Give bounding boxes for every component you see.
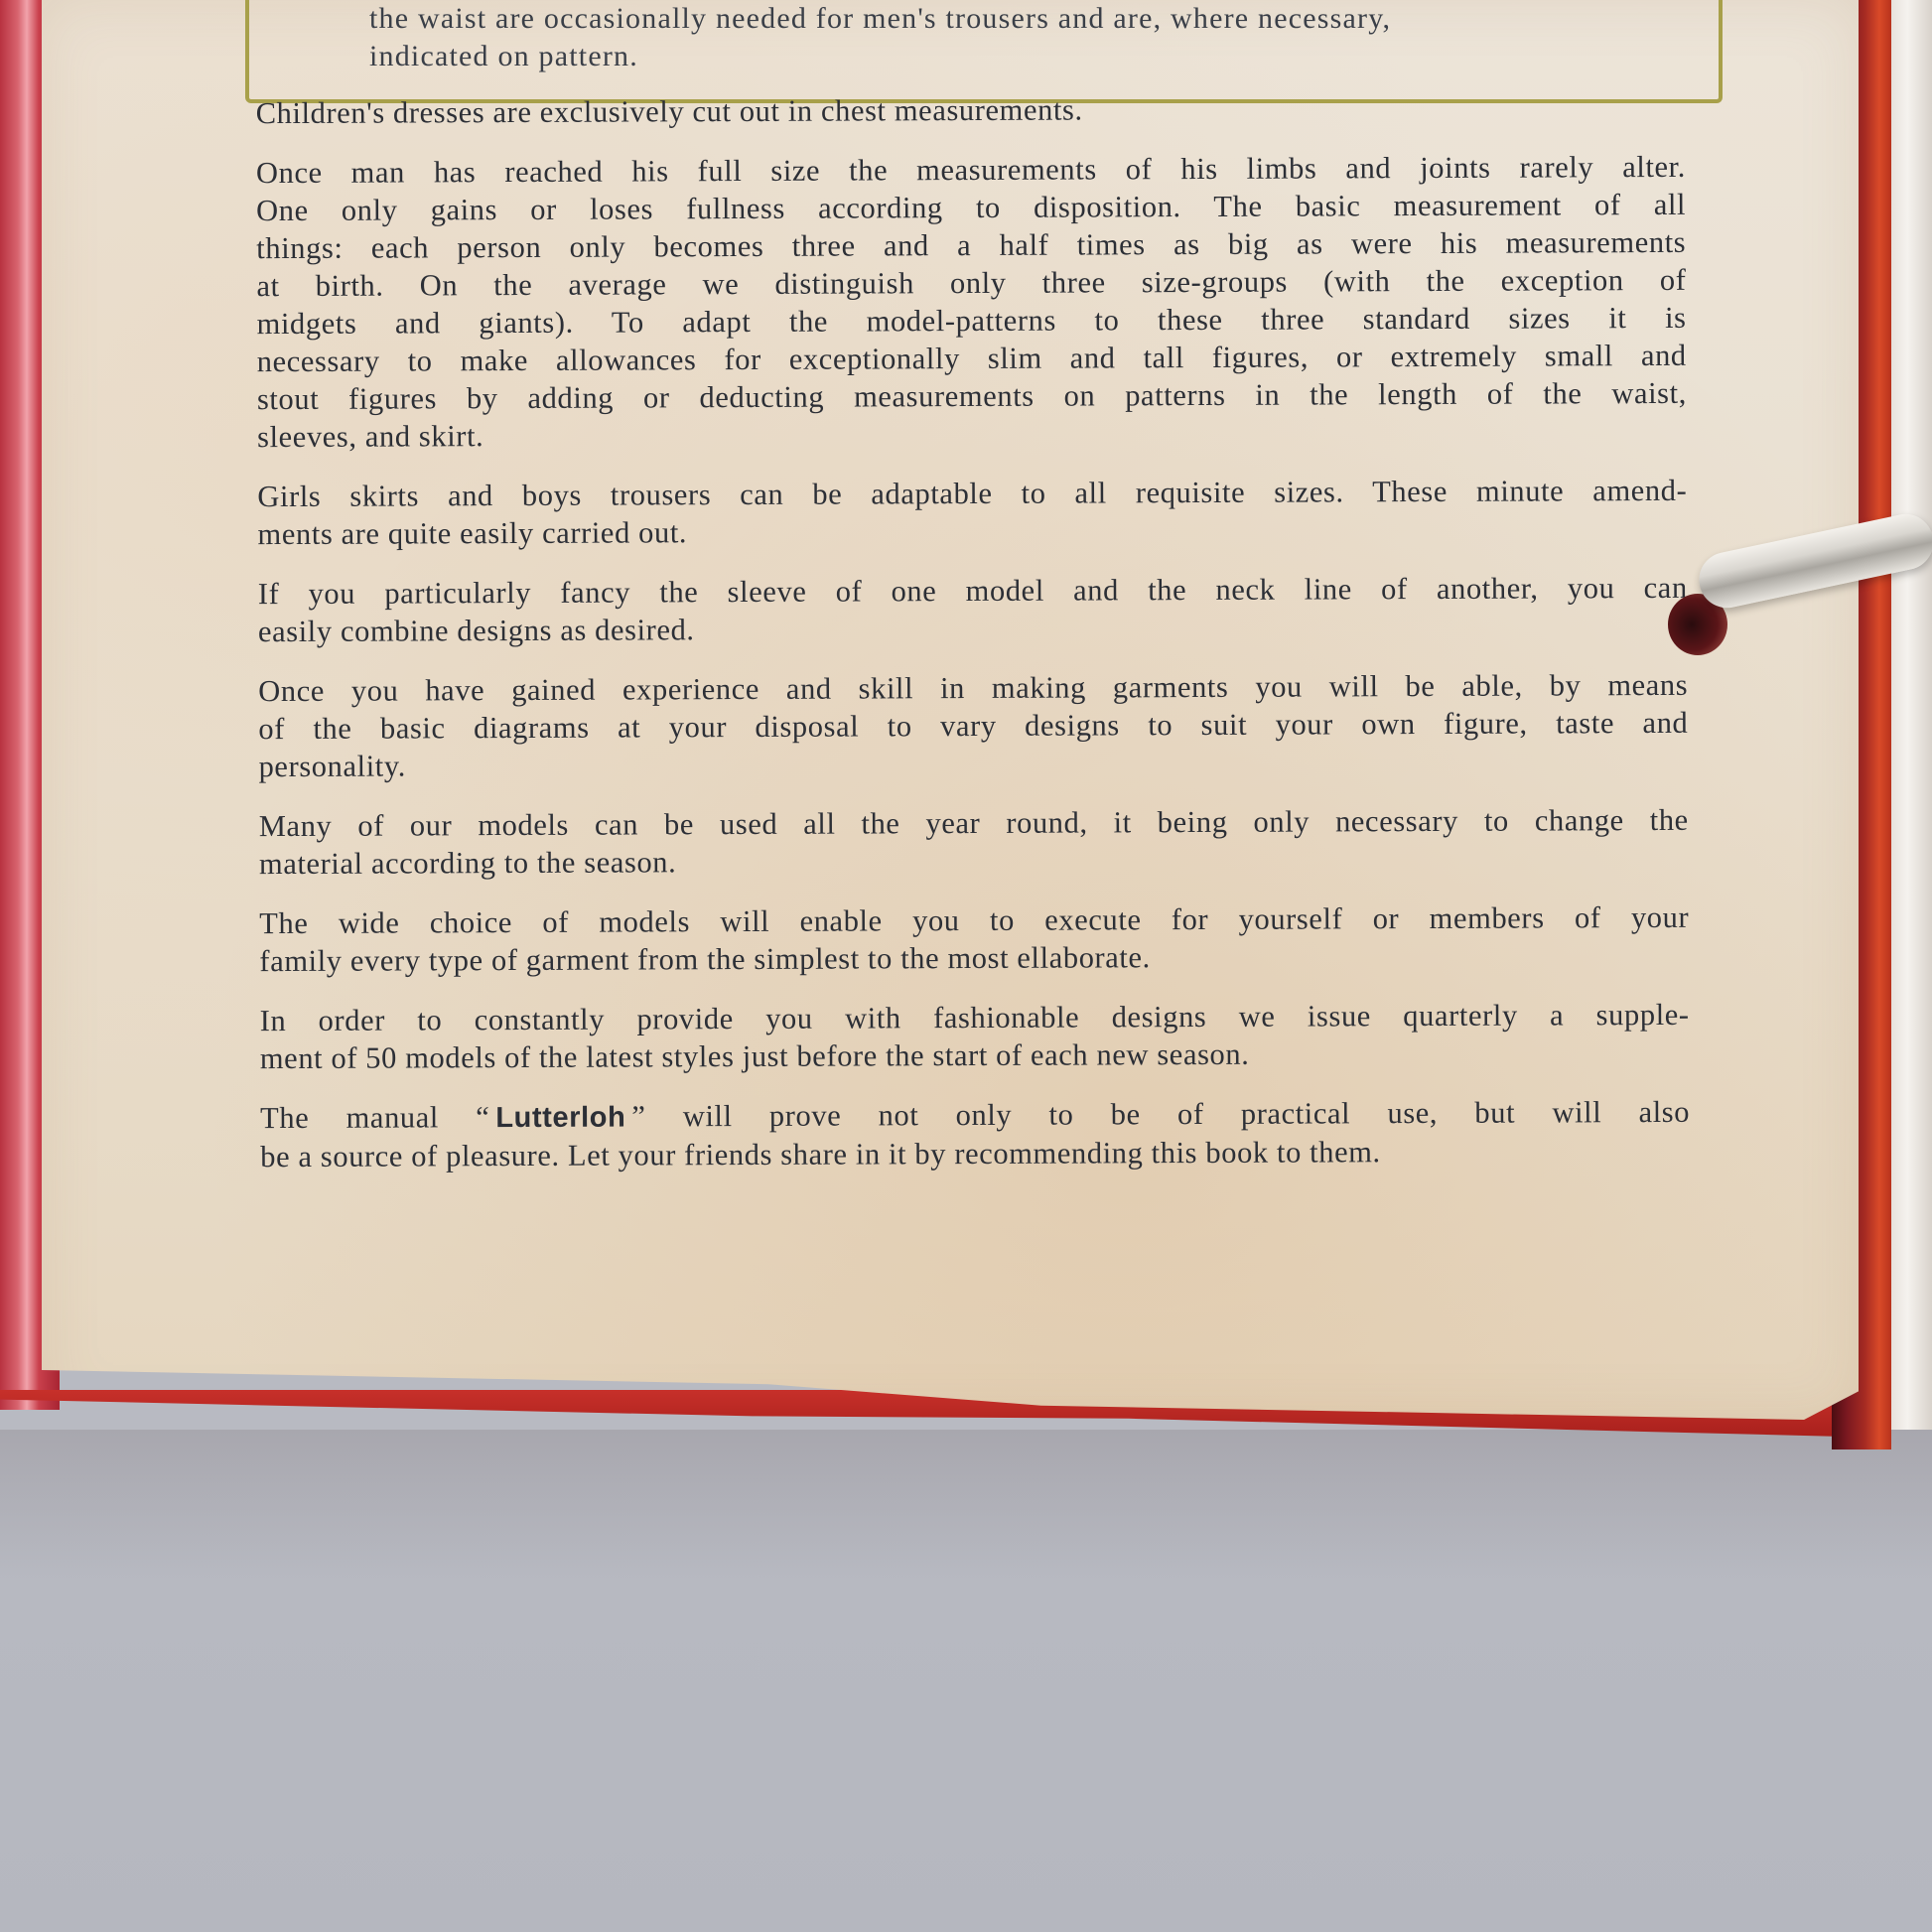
paragraph-full-size: Once man has reached his full size the m… bbox=[256, 148, 1687, 456]
text-line: easily combine designs as desired. bbox=[258, 607, 1688, 650]
text-line: material according to the season. bbox=[259, 839, 1689, 883]
table-surface bbox=[0, 1430, 1932, 1932]
text-line: Girls skirts and boys trousers can be ad… bbox=[257, 472, 1687, 515]
closing-text-after: ” will prove not only to be of practical… bbox=[631, 1095, 1690, 1134]
text-line: of the basic diagrams at your disposal t… bbox=[258, 704, 1688, 748]
framed-line: indicated on pattern. bbox=[369, 38, 1700, 75]
text-line: stout figures by adding or deducting mea… bbox=[257, 374, 1687, 418]
text-line: midgets and giants). To adapt the model-… bbox=[257, 299, 1687, 343]
paragraph-supplement: In order to constantly provide you with … bbox=[260, 996, 1690, 1077]
paragraph-skirts-trousers: Girls skirts and boys trousers can be ad… bbox=[257, 472, 1687, 553]
text-line: The manual “Lutterloh” will prove not on… bbox=[260, 1093, 1690, 1138]
framed-note-text: the waist are occasionally needed for me… bbox=[369, 0, 1700, 75]
framed-line: the waist are occasionally needed for me… bbox=[369, 0, 1700, 38]
paragraph-year-round: Many of our models can be used all the y… bbox=[259, 801, 1689, 883]
text-line: necessary to make allowances for excepti… bbox=[257, 337, 1687, 380]
text-line: Once man has reached his full size the m… bbox=[256, 148, 1686, 192]
text-line: be a source of pleasure. Let your friend… bbox=[260, 1132, 1690, 1175]
book-page: the waist are occasionally needed for me… bbox=[42, 0, 1859, 1420]
paragraph-combine-designs: If you particularly fancy the sleeve of … bbox=[258, 569, 1688, 650]
paragraph-childrens-dresses: Children's dresses are exclusively cut o… bbox=[256, 88, 1686, 132]
text-line: ments are quite easily carried out. bbox=[257, 509, 1687, 553]
body-text: Children's dresses are exclusively cut o… bbox=[256, 88, 1691, 1197]
text-line: Many of our models can be used all the y… bbox=[259, 801, 1689, 845]
text-line: The wide choice of models will enable yo… bbox=[259, 898, 1689, 942]
photo-scene: the waist are occasionally needed for me… bbox=[0, 0, 1932, 1932]
text-line: Children's dresses are exclusively cut o… bbox=[256, 88, 1686, 132]
text-line: things: each person only becomes three a… bbox=[256, 223, 1686, 267]
text-line: One only gains or loses fullness accordi… bbox=[256, 186, 1686, 229]
text-line: family every type of garment from the si… bbox=[259, 936, 1689, 980]
paragraph-closing: The manual “Lutterloh” will prove not on… bbox=[260, 1093, 1690, 1175]
text-line: at birth. On the average we distinguish … bbox=[256, 261, 1686, 305]
text-line: Once you have gained experience and skil… bbox=[258, 666, 1688, 710]
paragraph-experience: Once you have gained experience and skil… bbox=[258, 666, 1688, 785]
closing-text-before: The manual “ bbox=[260, 1100, 489, 1135]
text-line: If you particularly fancy the sleeve of … bbox=[258, 569, 1688, 613]
brand-name: Lutterloh bbox=[489, 1102, 631, 1135]
text-line: In order to constantly provide you with … bbox=[260, 996, 1690, 1039]
text-line: personality. bbox=[258, 742, 1688, 785]
text-line: sleeves, and skirt. bbox=[257, 412, 1687, 456]
next-page-edges bbox=[1891, 0, 1932, 1430]
paragraph-wide-choice: The wide choice of models will enable yo… bbox=[259, 898, 1689, 980]
text-line: ment of 50 models of the latest styles j… bbox=[260, 1034, 1690, 1077]
